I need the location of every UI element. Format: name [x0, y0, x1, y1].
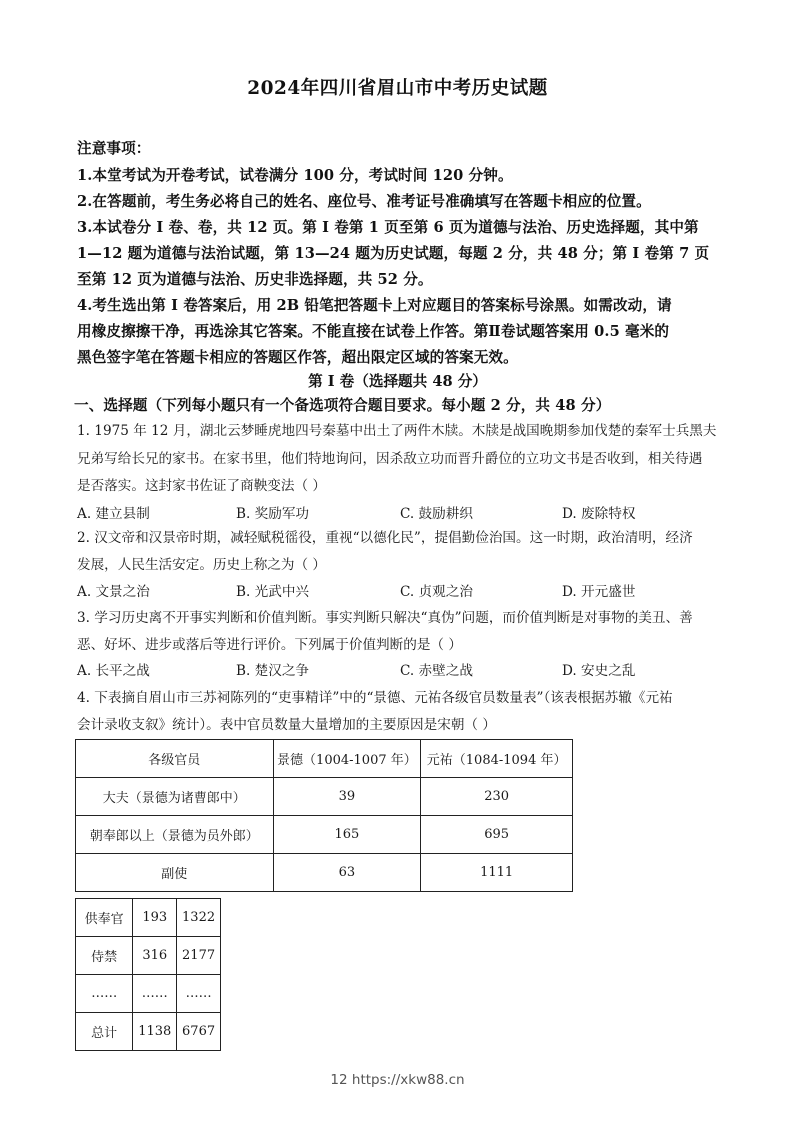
part-heading: 一、选择题（下列每小题只有一个备选项符合题目要求。每小题 2 分，共 48 分） — [74, 394, 610, 415]
notice-line-2: 2.在答题前，考生务必将自己的姓名、座位号、准考证号准确填写在答题卡相应的位置。 — [77, 190, 651, 211]
table-cell: 总计 — [76, 1013, 133, 1051]
table-cell: 193 — [133, 899, 177, 937]
question-2-line-1: 2. 汉文帝和汉景帝时期，减轻赋税徭役，重视“以德化民”，提倡勤俭治国。这一时期… — [77, 526, 693, 546]
table-row: 朝奉郎以上（景德为员外郎） 165 695 — [76, 816, 573, 854]
question-3-line-1: 3. 学习历史离不开事实判断和价值判断。事实判断只解决“真伪”问题，而价值判断是… — [77, 606, 693, 626]
question-2-option-c: C. 贞观之治 — [400, 580, 473, 600]
table-cell: 1111 — [421, 854, 573, 892]
table-cell: 695 — [421, 816, 573, 854]
table-cell: 165 — [273, 816, 421, 854]
table-cell: 316 — [133, 937, 177, 975]
question-1-line-1: 1. 1975 年 12 月，湖北云梦睡虎地四号秦墓中出土了两件木牍。木牍是战国… — [77, 419, 717, 439]
table-cell: 1138 — [133, 1013, 177, 1051]
notice-line-6: 4.考生选出第 I 卷答案后，用 2B 铅笔把答题卡上对应题目的答案标号涂黑。如… — [77, 294, 672, 315]
table-row: 副使 63 1111 — [76, 854, 573, 892]
notice-line-5: 至第 12 页为道德与法治、历史非选择题，共 52 分。 — [77, 268, 433, 289]
table-row: 侍禁 316 2177 — [76, 937, 221, 975]
table-cell: 大夫（景德为诸曹郎中） — [76, 778, 274, 816]
question-1-option-b: B. 奖励军功 — [236, 502, 309, 522]
question-2-option-b: B. 光武中兴 — [236, 580, 309, 600]
question-4-line-1: 4. 下表摘自眉山市三苏祠陈列的“吏事精详”中的“景德、元祐各级官员数量表”（该… — [77, 686, 673, 706]
officials-table: 各级官员 景德（1004-1007 年） 元祐（1084-1094 年） 大夫（… — [75, 739, 573, 892]
question-1-line-2: 兄弟写给长兄的家书。在家书里，他们特地询问，因杀敌立功而晋升爵位的立功文书是否收… — [77, 447, 702, 467]
notice-line-4: 1—12 题为道德与法治试题，第 13—24 题为历史试题，每题 2 分，共 4… — [77, 242, 709, 263]
notice-heading: 注意事项： — [77, 137, 150, 158]
table-cell: 230 — [421, 778, 573, 816]
table-cell: 1322 — [177, 899, 221, 937]
table-cell: 63 — [273, 854, 421, 892]
table-cell: …… — [177, 975, 221, 1013]
table-header-cell: 景德（1004-1007 年） — [273, 740, 421, 778]
question-2-line-2: 发展，人民生活安定。历史上称之为（ ） — [77, 553, 326, 573]
question-2-option-d: D. 开元盛世 — [562, 580, 635, 600]
question-3-option-a: A. 长平之战 — [77, 659, 150, 679]
table-header-cell: 元祐（1084-1094 年） — [421, 740, 573, 778]
page-footer: 12 https://xkw88.cn — [0, 1072, 795, 1088]
question-3-option-c: C. 赤壁之战 — [400, 659, 473, 679]
notice-line-7: 用橡皮擦擦干净，再选涂其它答案。不能直接在试卷上作答。第Ⅱ卷试题答案用 0.5 … — [77, 320, 669, 341]
question-1-option-c: C. 鼓励耕织 — [400, 502, 473, 522]
question-4-line-2: 会计录收支叙》统计）。表中官员数量大量增加的主要原因是宋朝（ ） — [77, 713, 496, 733]
table-row: 大夫（景德为诸曹郎中） 39 230 — [76, 778, 573, 816]
question-1-option-a: A. 建立县制 — [77, 502, 150, 522]
table-cell: 副使 — [76, 854, 274, 892]
table-total-row: 总计 1138 6767 — [76, 1013, 221, 1051]
question-2-option-a: A. 文景之治 — [77, 580, 150, 600]
exam-page: 2024年四川省眉山市中考历史试题 注意事项： 1.本堂考试为开卷考试，试卷满分… — [0, 0, 795, 1125]
table-cell: …… — [76, 975, 133, 1013]
question-3-line-2: 恶、好坏、进步或落后等进行评价。下列属于价值判断的是（ ） — [77, 633, 462, 653]
table-row: …… …… …… — [76, 975, 221, 1013]
table-cell: 6767 — [177, 1013, 221, 1051]
notice-line-3: 3.本试卷分 I 卷、卷，共 12 页。第 I 卷第 1 页至第 6 页为道德与… — [77, 216, 699, 237]
table-cell: 2177 — [177, 937, 221, 975]
table-cell: 39 — [273, 778, 421, 816]
table-cell: 朝奉郎以上（景德为员外郎） — [76, 816, 274, 854]
question-3-option-b: B. 楚汉之争 — [236, 659, 309, 679]
table-cell: 侍禁 — [76, 937, 133, 975]
section-title: 第 I 卷（选择题共 48 分） — [0, 370, 795, 391]
table-cell: …… — [133, 975, 177, 1013]
table-header-cell: 各级官员 — [76, 740, 274, 778]
table-cell: 供奉官 — [76, 899, 133, 937]
table-header-row: 各级官员 景德（1004-1007 年） 元祐（1084-1094 年） — [76, 740, 573, 778]
notice-line-8: 黑色签字笔在答题卡相应的答题区作答，超出限定区域的答案无效。 — [77, 346, 518, 367]
page-title: 2024年四川省眉山市中考历史试题 — [0, 74, 795, 100]
question-1-line-3: 是否落实。这封家书佐证了商鞅变法（ ） — [77, 474, 326, 494]
table-row: 供奉官 193 1322 — [76, 899, 221, 937]
question-1-option-d: D. 废除特权 — [562, 502, 635, 522]
officials-table-continued: 供奉官 193 1322 侍禁 316 2177 …… …… …… 总计 113… — [75, 898, 221, 1051]
notice-line-1: 1.本堂考试为开卷考试，试卷满分 100 分，考试时间 120 分钟。 — [77, 164, 513, 185]
question-3-option-d: D. 安史之乱 — [562, 659, 635, 679]
